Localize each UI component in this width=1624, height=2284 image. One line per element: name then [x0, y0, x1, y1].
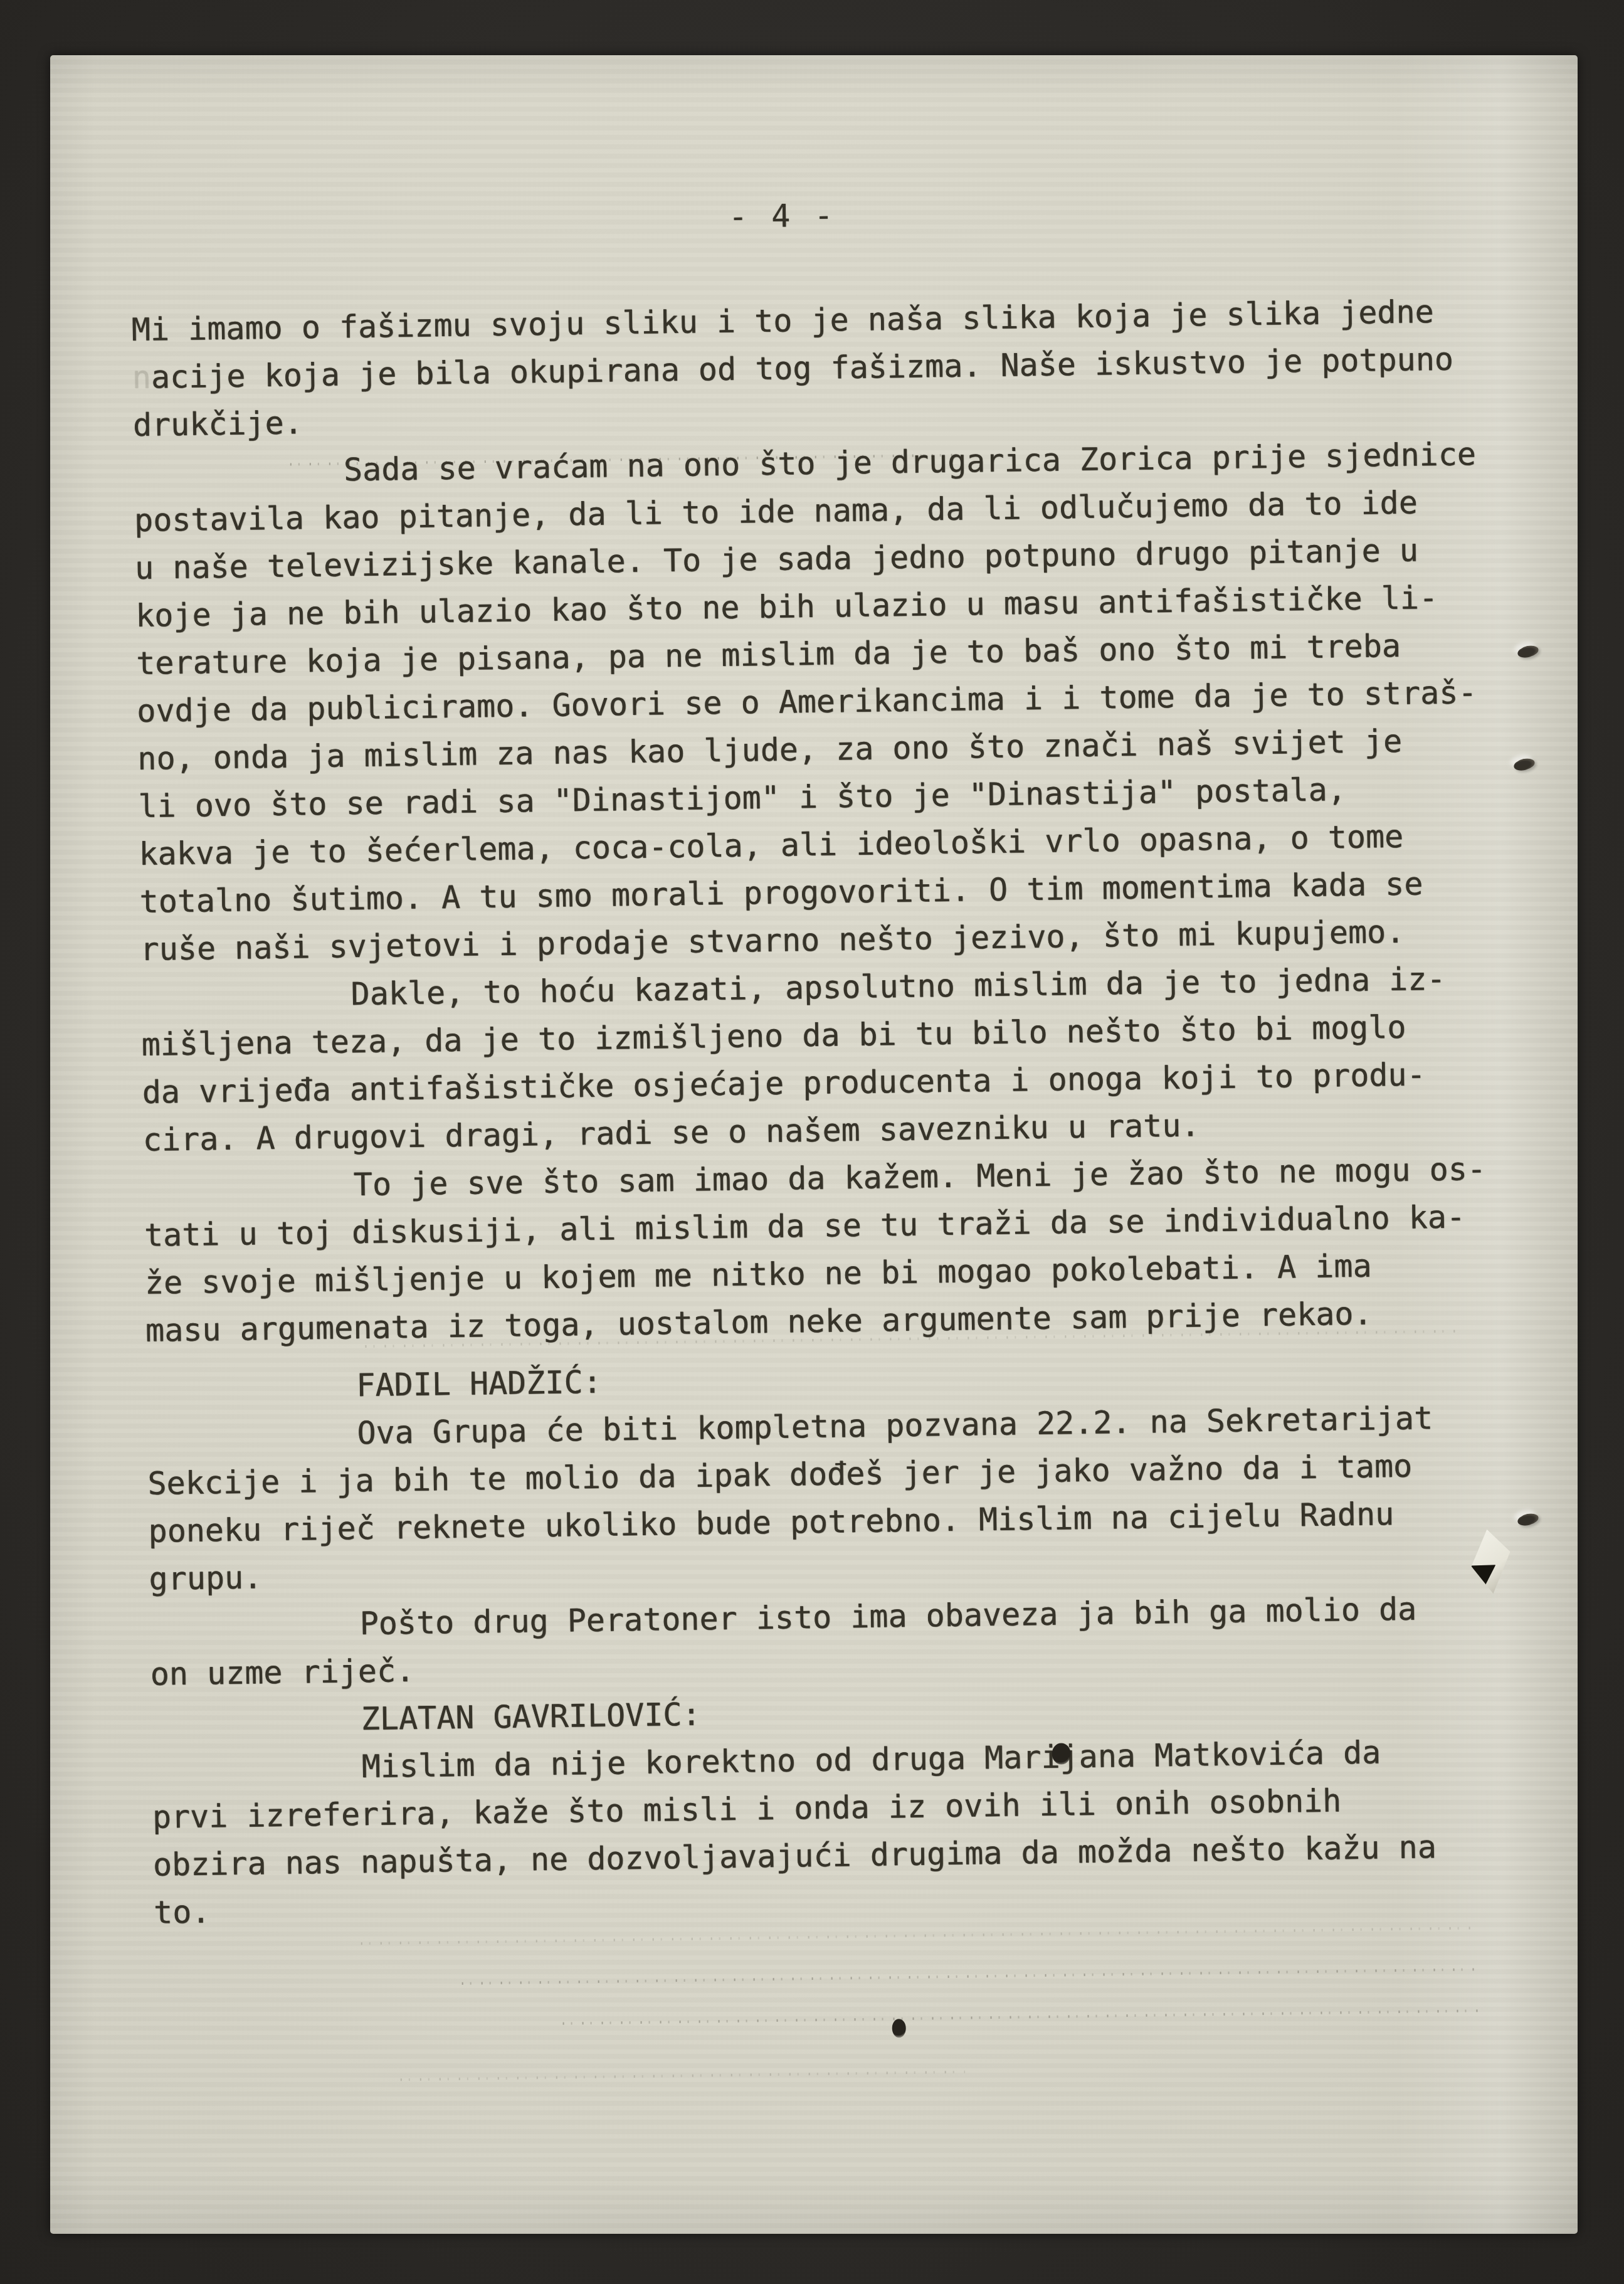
faded-character: n: [132, 359, 151, 396]
line-text: FADIL HADŽIĆ:: [356, 1364, 602, 1404]
page-number: - 4 -: [130, 189, 1435, 243]
speckle-band: [563, 2009, 1479, 2024]
typed-text-layer: - 4 - Mi imamo o fašizmu svoju sliku i t…: [0, 0, 1624, 2284]
line-text: drukčije.: [133, 404, 303, 443]
speckle-band: [462, 1968, 1478, 1985]
text-body: Mi imamo o fašizmu svoju sliku i to je n…: [131, 287, 1508, 1937]
ink-dot: [892, 2019, 906, 2038]
line-text: Pošto drug Peratoner isto ima obaveza ja…: [359, 1591, 1416, 1642]
speckle-band: [401, 2071, 965, 2081]
line-text: Mislim da nije korektno od druga Marijan…: [361, 1734, 1381, 1785]
line-text: grupu.: [149, 1559, 262, 1597]
line-text: ZLATAN GAVRILOVIĆ:: [361, 1696, 701, 1738]
line-text: on uzme riječ.: [150, 1652, 414, 1693]
line-text: cira. A drugovi dragi, radi se o našem s…: [142, 1107, 1200, 1158]
line-text: to.: [154, 1893, 211, 1930]
